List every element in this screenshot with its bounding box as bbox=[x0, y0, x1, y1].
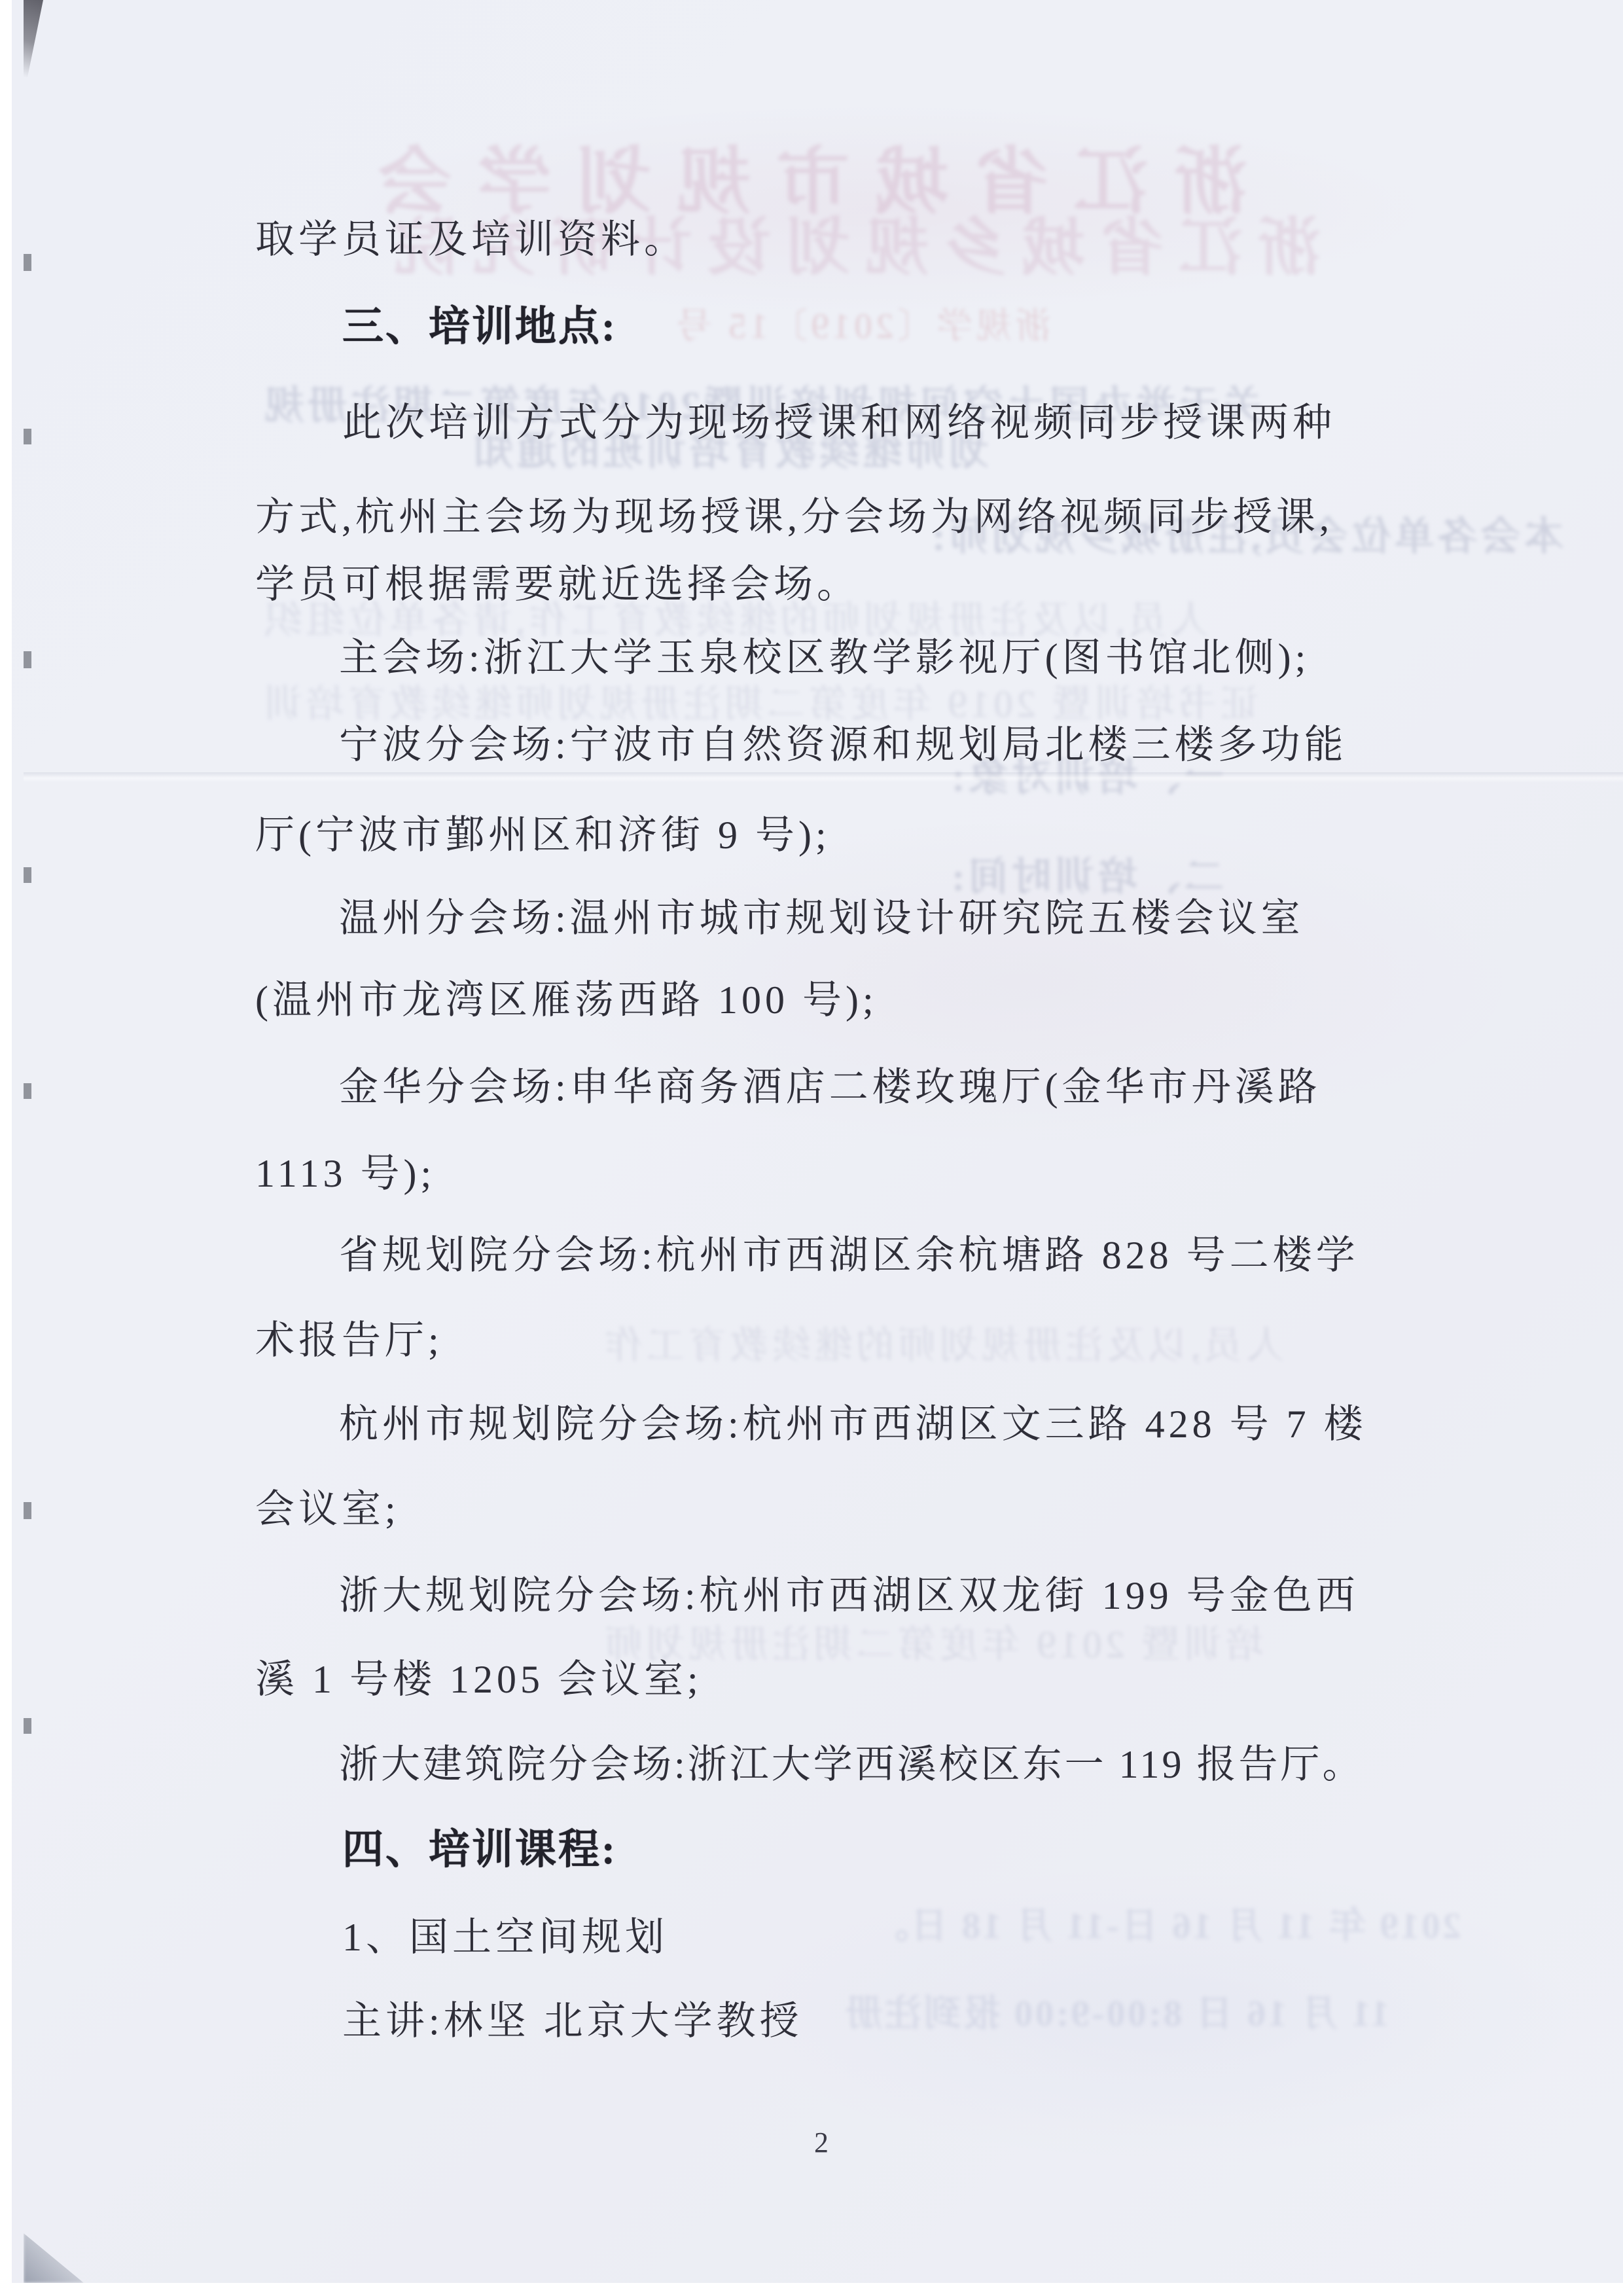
section-heading-training-location: 三、培训地点: bbox=[342, 293, 617, 353]
venue-jinhua-2: 1113 号); bbox=[255, 1142, 435, 1198]
ghost-schedule-line: 11 月 16 日 8:00-9:00 报到注册 bbox=[843, 1984, 1389, 2037]
body-line-1: 取学员证及培训资料。 bbox=[255, 208, 687, 264]
body-line-4: 学员可根据需要就近选择会场。 bbox=[255, 553, 860, 609]
scan-edge-mark-6 bbox=[24, 1502, 31, 1519]
course-item-1: 1、国土空间规划 bbox=[342, 1906, 668, 1962]
section-heading-training-courses: 四、培训课程: bbox=[342, 1816, 617, 1876]
body-line-2: 此次培训方式分为现场授课和网络视频同步授课两种 bbox=[342, 391, 1336, 448]
venue-zheda-architecture: 浙大建筑院分会场:浙江大学西溪校区东一 119 报告厅。 bbox=[339, 1733, 1364, 1789]
course-lecturer: 主讲:林坚 北京大学教授 bbox=[342, 1990, 803, 2046]
venue-wenzhou-2: (温州市龙湾区雁荡西路 100 号); bbox=[255, 969, 878, 1025]
venue-main: 主会场:浙江大学玉泉校区教学影视厅(图书馆北侧); bbox=[339, 626, 1310, 683]
ghost-doc-number: 浙规学〔2019〕15 号 bbox=[673, 298, 1051, 348]
scanned-notice-page: { "colors": { "paper": "#edeff6", "ink":… bbox=[0, 0, 1623, 2296]
venue-wenzhou-1: 温州分会场:温州市城市规划设计研究院五楼会议室 bbox=[339, 887, 1304, 943]
scan-edge-mark-1 bbox=[24, 254, 31, 271]
venue-ningbo-1: 宁波分会场:宁波市自然资源和规划局北楼三楼多功能 bbox=[339, 713, 1347, 770]
venue-ningbo-2: 厅(宁波市鄞州区和济街 9 号); bbox=[255, 804, 830, 860]
haze-patch-bottom bbox=[732, 1865, 1582, 2160]
scan-edge-mark-3 bbox=[24, 651, 31, 668]
scan-edge-mark-7 bbox=[24, 1718, 31, 1734]
scan-artifact-bottom-left bbox=[24, 2233, 84, 2283]
venue-provincial-institute-1: 省规划院分会场:杭州市西湖区余杭塘路 828 号二楼学 bbox=[339, 1224, 1359, 1280]
page-number: 2 bbox=[814, 2126, 829, 2159]
venue-zheda-planning-1: 浙大规划院分会场:杭州市西湖区双龙街 199 号金色西 bbox=[339, 1564, 1359, 1621]
ghost-date-line: 2019 年 11 月 16 日-11 月 18 日。 bbox=[869, 1897, 1461, 1949]
scan-edge-mark-5 bbox=[24, 1083, 31, 1099]
venue-provincial-institute-2: 术报告厅; bbox=[255, 1309, 443, 1365]
venue-hangzhou-institute-1: 杭州市规划院分会场:杭州市西湖区文三路 428 号 7 楼 bbox=[339, 1393, 1367, 1449]
venue-jinhua-1: 金华分会场:申华商务酒店二楼玫瑰厅(金华市丹溪路 bbox=[339, 1056, 1321, 1112]
venue-hangzhou-institute-2: 会议室; bbox=[255, 1478, 400, 1534]
ghost-paragraph-3: 人员,以及注册规划师的继续教育工作 bbox=[601, 1314, 1285, 1369]
venue-zheda-planning-2: 溪 1 号楼 1205 会议室; bbox=[255, 1648, 702, 1704]
scan-edge-mark-2 bbox=[24, 429, 31, 444]
paper-sheet: 浙江省城市规划学会 浙江省城乡规划设计研究院 浙规学〔2019〕15 号 关于举… bbox=[12, 0, 1623, 2283]
body-line-3: 方式,杭州主会场为现场授课,分会场为网络视频同步授课, bbox=[255, 486, 1333, 542]
scan-edge-mark-4 bbox=[24, 867, 31, 883]
scan-crease bbox=[24, 772, 1623, 783]
scan-artifact-top-left bbox=[24, 0, 43, 77]
